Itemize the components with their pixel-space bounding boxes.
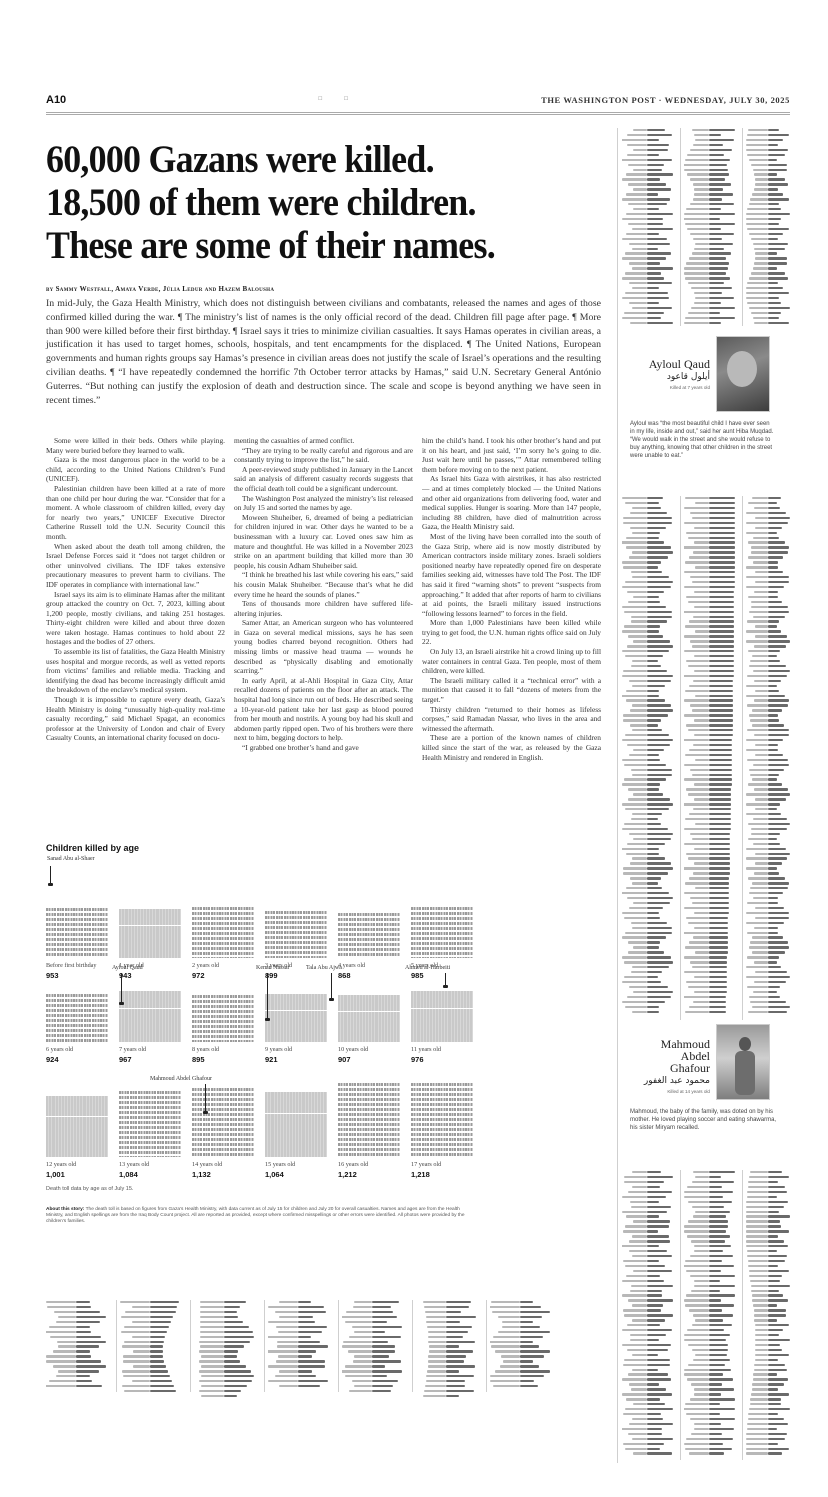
arabic-name [746, 287, 768, 289]
english-name [709, 1201, 731, 1203]
name-entry [684, 1323, 740, 1328]
name-entry [746, 708, 794, 713]
arabic-name [493, 1385, 519, 1387]
name-entry [746, 985, 794, 990]
english-name [372, 1360, 401, 1362]
arabic-name [268, 1380, 298, 1382]
english-name [768, 517, 790, 519]
print-marks: ☐ ☐ [318, 96, 358, 102]
name-entry [746, 881, 794, 886]
english-name [709, 996, 726, 998]
arabic-name [746, 223, 768, 225]
arabic-name [279, 1301, 297, 1303]
name-entry [622, 659, 678, 664]
arabic-name [694, 798, 710, 800]
profile-header: Mahmoud Abdel Ghafour محمود عبد الغفور K… [630, 1038, 710, 1094]
arabic-name [622, 1294, 647, 1296]
arabic-name [747, 902, 768, 904]
age-label: 11 years old [411, 1046, 441, 1053]
page-number: A10 [46, 94, 66, 106]
name-entry [684, 168, 740, 173]
paragraph: Thirsty children “returned to their home… [422, 705, 601, 734]
english-name [76, 1360, 102, 1362]
english-name [768, 497, 781, 499]
name-entry [622, 970, 678, 975]
name-entry [416, 1394, 482, 1399]
arabic-name [689, 1452, 709, 1454]
name-entry [684, 802, 740, 807]
name-entry [622, 595, 678, 600]
name-entry [684, 955, 740, 960]
arabic-name [754, 322, 767, 324]
name-entry [622, 738, 678, 743]
english-name [647, 699, 665, 701]
names-column [746, 128, 794, 326]
name-entry [746, 605, 794, 610]
name-entry [746, 212, 794, 217]
about-text: The death toll is based on figures from … [46, 1207, 465, 1224]
arabic-name [622, 892, 647, 894]
arabic-name [749, 892, 768, 894]
english-name [520, 1380, 534, 1382]
english-name [768, 1403, 781, 1405]
english-name [372, 1345, 396, 1347]
chart-title: Children killed by age [46, 843, 139, 853]
english-name [709, 1309, 721, 1311]
name-entry [622, 560, 678, 565]
arabic-name [695, 139, 710, 141]
arabic-name [276, 1360, 298, 1362]
arabic-name [685, 159, 710, 161]
name-entry [746, 1447, 794, 1452]
english-name [768, 208, 781, 210]
arabic-name [693, 936, 709, 938]
english-name [768, 507, 780, 509]
arabic-name [632, 1304, 647, 1306]
name-entry [194, 1315, 260, 1320]
english-name [647, 173, 673, 175]
name-entry [46, 1320, 112, 1325]
arabic-name [199, 1341, 223, 1343]
arabic-name [632, 882, 647, 884]
arabic-name [684, 1369, 709, 1371]
name-entry [194, 1305, 260, 1310]
arabic-name [54, 1311, 76, 1313]
name-entry [684, 856, 740, 861]
name-entry [622, 1338, 678, 1343]
name-entry [684, 306, 740, 311]
arabic-name [354, 1355, 372, 1357]
name-entry [684, 276, 740, 281]
english-name [709, 1408, 735, 1410]
english-name [709, 754, 732, 756]
arabic-name [354, 1301, 372, 1303]
name-entry [684, 163, 740, 168]
english-name [647, 1324, 659, 1326]
arabic-name [746, 1230, 768, 1232]
name-entry [746, 301, 794, 306]
arabic-name [686, 596, 709, 598]
name-entry [684, 1274, 740, 1279]
name-entry [622, 619, 678, 624]
name-entry [746, 1190, 794, 1195]
name-entry [490, 1305, 556, 1310]
name-entry [622, 935, 678, 940]
name-entry [622, 261, 678, 266]
english-name [768, 956, 779, 958]
name-entry [746, 143, 794, 148]
english-name [709, 912, 728, 914]
english-name [76, 1375, 90, 1377]
name-entry [416, 1320, 482, 1325]
arabic-name [693, 1314, 709, 1316]
english-name [709, 517, 735, 519]
english-name [709, 561, 735, 563]
english-name [768, 1275, 782, 1277]
name-entry [416, 1330, 482, 1335]
name-entry [746, 822, 794, 827]
name-entry [622, 1427, 678, 1432]
arabic-name [688, 282, 709, 284]
name-entry [746, 232, 794, 237]
arabic-name [755, 907, 768, 909]
arabic-name [748, 1265, 767, 1267]
english-name [709, 670, 733, 672]
english-name [709, 714, 733, 716]
arabic-name [748, 556, 767, 558]
english-name [647, 724, 658, 726]
english-name [709, 862, 730, 864]
english-name [647, 243, 670, 245]
arabic-name [200, 1331, 224, 1333]
english-name [150, 1385, 175, 1387]
paragraph: Moween Shuheiber, 6, dreamed of being a … [234, 513, 413, 571]
english-name [768, 537, 779, 539]
english-name [647, 297, 669, 299]
arabic-name [753, 1304, 768, 1306]
arabic-name [752, 724, 768, 726]
name-entry [746, 1170, 794, 1175]
name-entry [622, 896, 678, 901]
english-name [76, 1321, 100, 1323]
chart-annotation-label: Ayloul Qaud [112, 965, 143, 971]
arabic-name [692, 902, 710, 904]
arabic-name [748, 1011, 768, 1013]
english-name [647, 1206, 671, 1208]
name-entry [746, 703, 794, 708]
english-name [709, 532, 735, 534]
name-entry [746, 935, 794, 940]
chart-bar-age-12: 12 years old1,001 [46, 1077, 108, 1187]
english-name [372, 1370, 402, 1372]
publication-dateline: THE WASHINGTON POST · WEDNESDAY, JULY 30… [541, 95, 790, 105]
english-name [647, 971, 662, 973]
name-entry [490, 1335, 556, 1340]
arabic-name [626, 173, 647, 175]
english-name [768, 233, 783, 235]
arabic-name [122, 1385, 150, 1387]
name-entry [746, 1200, 794, 1205]
english-name [372, 1375, 387, 1377]
name-entry [684, 187, 740, 192]
english-name [647, 1299, 673, 1301]
english-name [709, 951, 727, 953]
name-entry [622, 758, 678, 763]
english-name [372, 1355, 389, 1357]
chart-annotation-pointer [267, 973, 268, 1019]
english-name [647, 1250, 667, 1252]
english-name [150, 1301, 179, 1303]
name-entry [684, 1338, 740, 1343]
name-entry [194, 1394, 260, 1399]
arabic-name [625, 655, 647, 657]
english-name [709, 1334, 730, 1336]
english-name [768, 719, 779, 721]
name-entry [746, 827, 794, 832]
name-entry [746, 916, 794, 921]
arabic-name [625, 272, 647, 274]
name-entry [622, 1432, 678, 1437]
arabic-name [622, 317, 647, 319]
english-name [768, 680, 781, 682]
paragraph: him the child’s hand. I took his other b… [422, 436, 601, 474]
english-name [709, 1428, 734, 1430]
arabic-name [692, 252, 709, 254]
name-entry [684, 758, 740, 763]
paragraph: Samer Attar, an American surgeon who has… [234, 618, 413, 676]
arabic-name [691, 1383, 709, 1385]
arabic-name [684, 218, 709, 220]
arabic-name [631, 922, 647, 924]
name-entry [684, 1432, 740, 1437]
english-name [224, 1350, 239, 1352]
arabic-name [622, 1329, 647, 1331]
arabic-name [688, 601, 709, 603]
name-entry [622, 1308, 678, 1313]
age-count: 907 [338, 1055, 351, 1064]
profile-age-killed: Killed at 7 years old [630, 385, 710, 390]
arabic-name [342, 1370, 372, 1372]
english-name [76, 1380, 92, 1382]
arabic-name [690, 769, 709, 771]
name-entry [746, 536, 794, 541]
english-name [446, 1345, 459, 1347]
name-entry [622, 777, 678, 782]
english-name [768, 783, 782, 785]
english-name [768, 218, 781, 220]
english-name [768, 1260, 785, 1262]
name-entry [684, 980, 740, 985]
name-entry [746, 792, 794, 797]
english-name [76, 1385, 102, 1387]
arabic-name [632, 576, 647, 578]
english-name [768, 704, 788, 706]
name-entry [684, 738, 740, 743]
arabic-name [200, 1301, 224, 1303]
name-entry [684, 1279, 740, 1284]
arabic-name [622, 561, 647, 563]
age-label: 8 years old [192, 1046, 219, 1053]
arabic-name [626, 213, 647, 215]
english-name [647, 1290, 661, 1292]
english-name [647, 1403, 664, 1405]
name-entry [684, 664, 740, 669]
arabic-name [632, 248, 647, 250]
english-name [150, 1360, 165, 1362]
arabic-name [749, 1176, 768, 1178]
name-entry [622, 797, 678, 802]
arabic-name [47, 1306, 76, 1308]
english-name [768, 616, 785, 618]
name-entry [746, 526, 794, 531]
arabic-name [622, 257, 647, 259]
english-name [768, 1265, 778, 1267]
about-this-story: About this story: The death toll is base… [46, 1207, 466, 1226]
english-name [520, 1360, 534, 1362]
arabic-name [684, 586, 709, 588]
english-name [768, 917, 789, 919]
name-entry [194, 1300, 260, 1305]
english-name [768, 203, 780, 205]
english-name [224, 1375, 254, 1377]
name-entry [622, 521, 678, 526]
english-name [647, 665, 661, 667]
english-name [709, 922, 728, 924]
english-name [446, 1395, 459, 1397]
arabic-name [684, 546, 709, 548]
english-name [768, 838, 778, 840]
arabic-name [754, 1319, 767, 1321]
name-entry [746, 163, 794, 168]
name-entry [684, 133, 740, 138]
english-name [709, 502, 735, 504]
name-entry [684, 674, 740, 679]
name-entry [746, 1318, 794, 1323]
english-name [647, 238, 667, 240]
arabic-name [623, 566, 647, 568]
arabic-name [121, 1331, 149, 1333]
english-name [768, 1186, 786, 1188]
name-entry [684, 679, 740, 684]
name-entry [684, 1239, 740, 1244]
english-name [647, 749, 664, 751]
name-entry [746, 266, 794, 271]
arabic-name [277, 1341, 298, 1343]
arabic-name [50, 1336, 76, 1338]
name-entry [684, 1363, 740, 1368]
arabic-name [633, 1270, 648, 1272]
arabic-name [747, 729, 767, 731]
english-name [709, 724, 733, 726]
arabic-name [685, 561, 709, 563]
chart-bar-age-9: 9 years old921 [265, 962, 327, 1072]
name-entry [622, 1407, 678, 1412]
arabic-name [633, 169, 648, 171]
english-name [298, 1336, 311, 1338]
english-name [709, 981, 727, 983]
name-entry [684, 1303, 740, 1308]
arabic-name [689, 877, 709, 879]
chart-annotation-label: Tala Abu Ajwa [306, 965, 342, 971]
arabic-name [56, 1321, 76, 1323]
name-entry [746, 639, 794, 644]
arabic-name [630, 1290, 648, 1292]
name-entry [490, 1320, 556, 1325]
arabic-name [755, 1359, 768, 1361]
english-name [768, 527, 782, 529]
arabic-name [626, 1215, 647, 1217]
name-entry [194, 1354, 260, 1359]
arabic-name [428, 1360, 446, 1362]
english-name [647, 1334, 666, 1336]
name-entry [746, 931, 794, 936]
arabic-name [753, 843, 767, 845]
english-name [709, 193, 733, 195]
name-entry [342, 1344, 408, 1349]
name-entry [622, 723, 678, 728]
english-name [768, 134, 790, 136]
name-entry [622, 271, 678, 276]
arabic-name [630, 1334, 647, 1336]
arabic-name [626, 1275, 647, 1277]
arabic-name [632, 927, 647, 929]
name-entry [622, 138, 678, 143]
english-name [768, 606, 788, 608]
english-name [709, 645, 734, 647]
name-entry [684, 1175, 740, 1180]
english-name [709, 650, 734, 652]
arabic-name [754, 645, 768, 647]
name-entry [746, 286, 794, 291]
paragraph: “I grabbed one brother’s hand and gave [234, 743, 413, 753]
english-name [709, 233, 734, 235]
name-entry [746, 694, 794, 699]
arabic-name [345, 1321, 372, 1323]
name-entry [622, 605, 678, 610]
english-name [647, 774, 672, 776]
english-name [647, 941, 660, 943]
arabic-name [750, 941, 768, 943]
english-name [709, 932, 728, 934]
dot-grid-block [119, 909, 181, 958]
arabic-name [694, 188, 709, 190]
arabic-name [746, 576, 768, 578]
arabic-name [686, 981, 709, 983]
name-entry [622, 1372, 678, 1377]
name-entry [746, 1175, 794, 1180]
paragraph: “I think he breathed his last while cove… [234, 570, 413, 599]
photo-figure-head [739, 1037, 751, 1051]
name-entry [268, 1379, 334, 1384]
name-entry [622, 1200, 678, 1205]
name-entry [342, 1320, 408, 1325]
name-entry [684, 768, 740, 773]
arabic-name [687, 228, 709, 230]
english-name [768, 769, 785, 771]
english-name [709, 907, 729, 909]
name-entry [746, 521, 794, 526]
name-entry [746, 852, 794, 857]
name-entry [684, 1372, 740, 1377]
arabic-name [627, 744, 647, 746]
arabic-name [746, 1235, 768, 1237]
arabic-name [753, 670, 768, 672]
arabic-name [630, 709, 648, 711]
name-entry [746, 847, 794, 852]
english-name [768, 1255, 788, 1257]
name-entry [342, 1305, 408, 1310]
arabic-name [685, 882, 709, 884]
